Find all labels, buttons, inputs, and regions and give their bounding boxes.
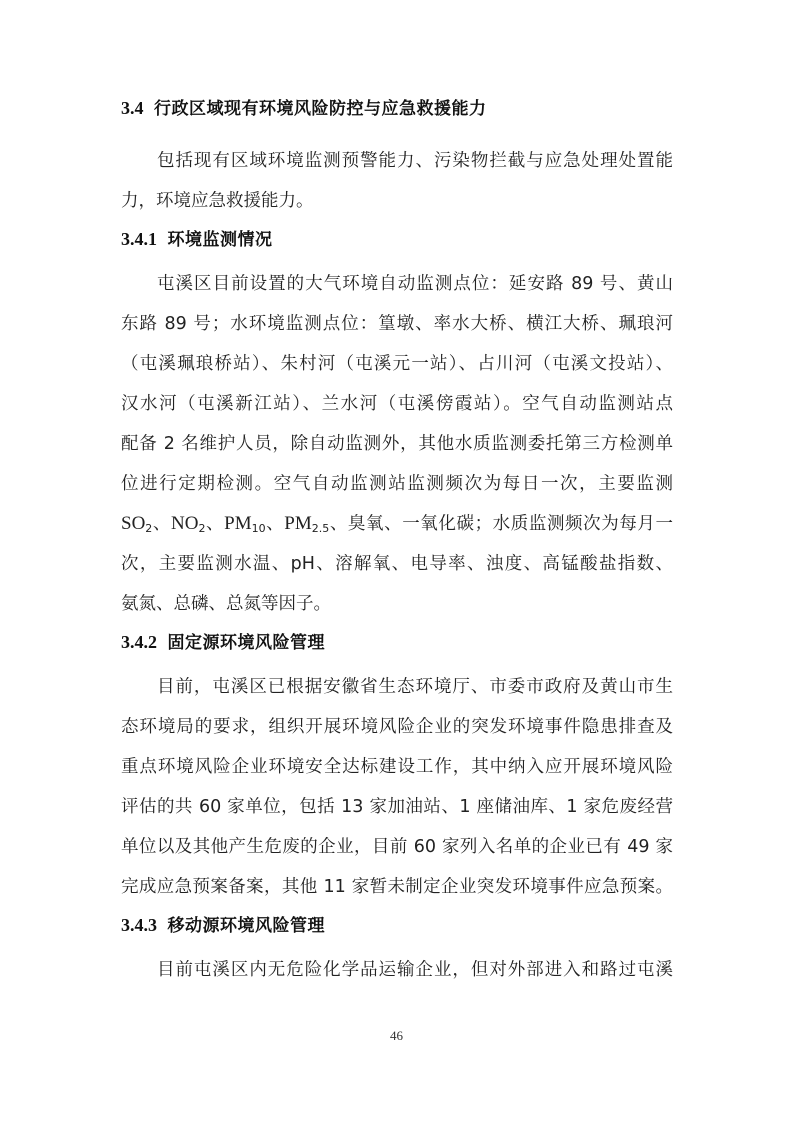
paragraph-3-4-2: 目前，屯溪区已根据安徽省生态环境厅、市委市政府及黄山市生 态环境局的要求，组织开… (121, 667, 673, 907)
text-line: 汉水河（屯溪新江站）、兰水河（屯溪傍霞站）。空气自动监测站点 (121, 384, 673, 424)
text-line: 位进行定期检测。空气自动监测站监测频次为每日一次，主要监测 (121, 464, 673, 504)
section-title: 行政区域现有环境风险防控与应急救援能力 (154, 99, 487, 119)
text-line: 氨氮、总磷、总氮等因子。 (121, 584, 673, 624)
text-fragment: 、臭氧、一氧化碳；水质监测频次为每月一 (329, 514, 673, 534)
text-line: 力，环境应急救援能力。 (121, 181, 673, 221)
subscript: 10 (252, 522, 266, 535)
section-number: 3.4.3 (121, 915, 157, 935)
section-number: 3.4 (121, 98, 144, 118)
text-line: 配备 2 名维护人员，除自动监测外，其他水质监测委托第三方检测单 (121, 424, 673, 464)
page-number: 46 (0, 1028, 793, 1044)
subscript: 2.5 (312, 522, 330, 535)
section-number: 3.4.1 (121, 229, 157, 249)
formula-pm25: PM (284, 513, 311, 534)
formula-so2: SO (121, 513, 145, 534)
text-line: 目前，屯溪区已根据安徽省生态环境厅、市委市政府及黄山市生 (121, 667, 673, 707)
text-line: 目前屯溪区内无危险化学品运输企业，但对外部进入和路过屯溪 (121, 950, 673, 990)
separator: 、 (266, 514, 285, 534)
text-line: 态环境局的要求，组织开展环境风险企业的突发环境事件隐患排查及 (121, 707, 673, 747)
section-title: 固定源环境风险管理 (168, 633, 326, 653)
section-heading-3-4-2: 3.4.2 固定源环境风险管理 (121, 630, 673, 655)
paragraph-3-4-3: 目前屯溪区内无危险化学品运输企业，但对外部进入和路过屯溪 (121, 950, 673, 990)
text-line: 重点环境风险企业环境安全达标建设工作，其中纳入应开展环境风险 (121, 747, 673, 787)
text-line: 次，主要监测水温、pH、溶解氧、电导率、浊度、高锰酸盐指数、 (121, 544, 673, 584)
section-title: 移动源环境风险管理 (168, 916, 326, 936)
text-line: 评估的共 60 家单位，包括 13 家加油站、1 座储油库、1 家危废经营 (121, 787, 673, 827)
text-line: 包括现有区域环境监测预警能力、污染物拦截与应急处理处置能 (121, 141, 673, 181)
section-heading-3-4: 3.4 行政区域现有环境风险防控与应急救援能力 (121, 96, 673, 121)
formula-pm10: PM (224, 513, 251, 534)
section-title: 环境监测情况 (168, 230, 273, 250)
section-number: 3.4.2 (121, 632, 157, 652)
text-line-pollutants: SO2、NO2、PM10、PM2.5、臭氧、一氧化碳；水质监测频次为每月一 (121, 504, 673, 544)
text-line: 屯溪区目前设置的大气环境自动监测点位：延安路 89 号、黄山 (121, 264, 673, 304)
paragraph-3-4-1: 屯溪区目前设置的大气环境自动监测点位：延安路 89 号、黄山 东路 89 号；水… (121, 264, 673, 624)
text-line: 单位以及其他产生危废的企业，目前 60 家列入名单的企业已有 49 家 (121, 827, 673, 867)
section-heading-3-4-3: 3.4.3 移动源环境风险管理 (121, 913, 673, 938)
formula-no2: NO (171, 513, 198, 534)
section-heading-3-4-1: 3.4.1 环境监测情况 (121, 227, 673, 252)
text-line: 东路 89 号；水环境监测点位：篁墩、率水大桥、横江大桥、珮琅河 (121, 304, 673, 344)
text-line: 完成应急预案备案，其他 11 家暂未制定企业突发环境事件应急预案。 (121, 867, 673, 907)
separator: 、 (152, 514, 171, 534)
text-line: （屯溪珮琅桥站）、朱村河（屯溪元一站）、占川河（屯溪文投站）、 (121, 344, 673, 384)
document-page: 3.4 行政区域现有环境风险防控与应急救援能力 包括现有区域环境监测预警能力、污… (121, 92, 673, 990)
separator: 、 (205, 514, 224, 534)
paragraph-3-4: 包括现有区域环境监测预警能力、污染物拦截与应急处理处置能 力，环境应急救援能力。 (121, 141, 673, 221)
